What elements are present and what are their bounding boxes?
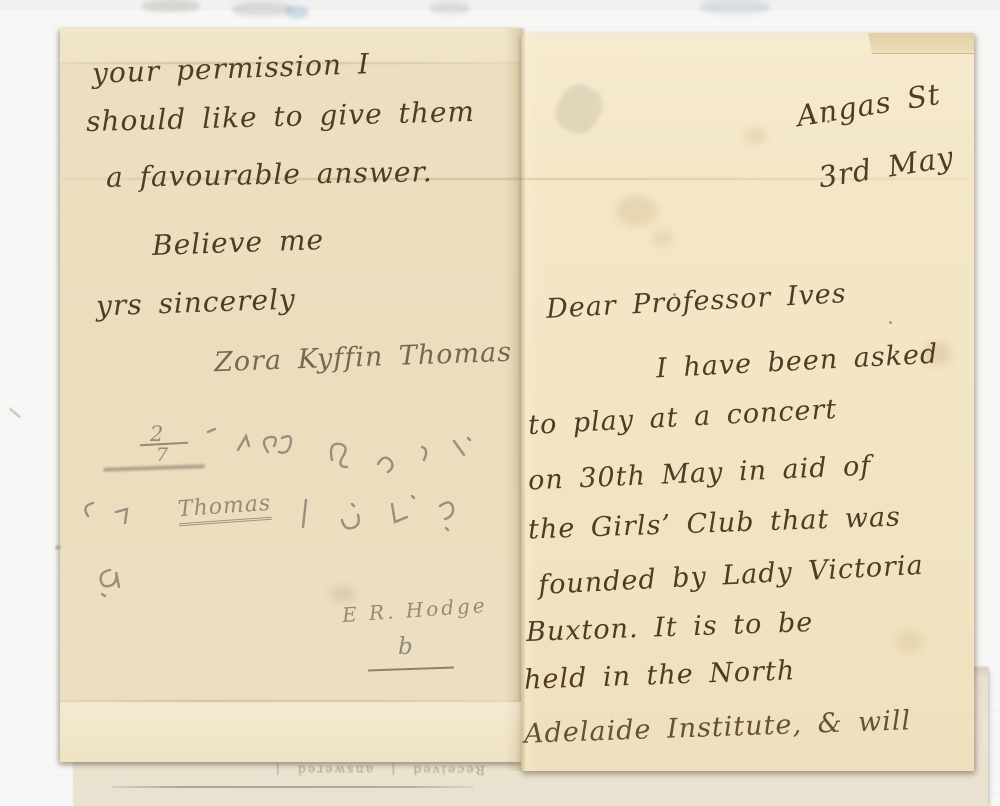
shorthand-marks xyxy=(80,420,520,610)
margin-pencil-dot xyxy=(55,545,61,550)
bottom-fold-band-left xyxy=(60,702,521,762)
margin-pencil-mark xyxy=(9,408,21,419)
upside-down-printed-text: Received | answered | xyxy=(105,760,485,778)
scan-smudge xyxy=(142,0,200,12)
center-fold-crease xyxy=(505,28,539,771)
letter-left-page xyxy=(60,28,521,762)
bottom-fold-crease-left xyxy=(60,700,520,702)
handwriting-line: yrs sincerely xyxy=(95,283,296,323)
handwriting-line: Believe me xyxy=(151,223,324,262)
top-right-corner-fold xyxy=(868,33,974,54)
scan-smudge xyxy=(232,2,292,16)
fox-stain xyxy=(616,196,658,226)
scan-background: Received | answered | your permission I … xyxy=(0,0,1000,806)
blue-smudge xyxy=(700,0,770,14)
fox-stain xyxy=(744,128,766,144)
fox-stain xyxy=(652,230,674,246)
red-speck xyxy=(889,321,892,324)
blue-smudge xyxy=(286,6,308,18)
fox-stain xyxy=(896,630,924,652)
handwriting-line: a favourable answer. xyxy=(106,155,433,194)
printed-rule-line xyxy=(112,786,474,788)
pencil-initial: b xyxy=(398,634,414,660)
scan-smudge xyxy=(430,2,470,14)
